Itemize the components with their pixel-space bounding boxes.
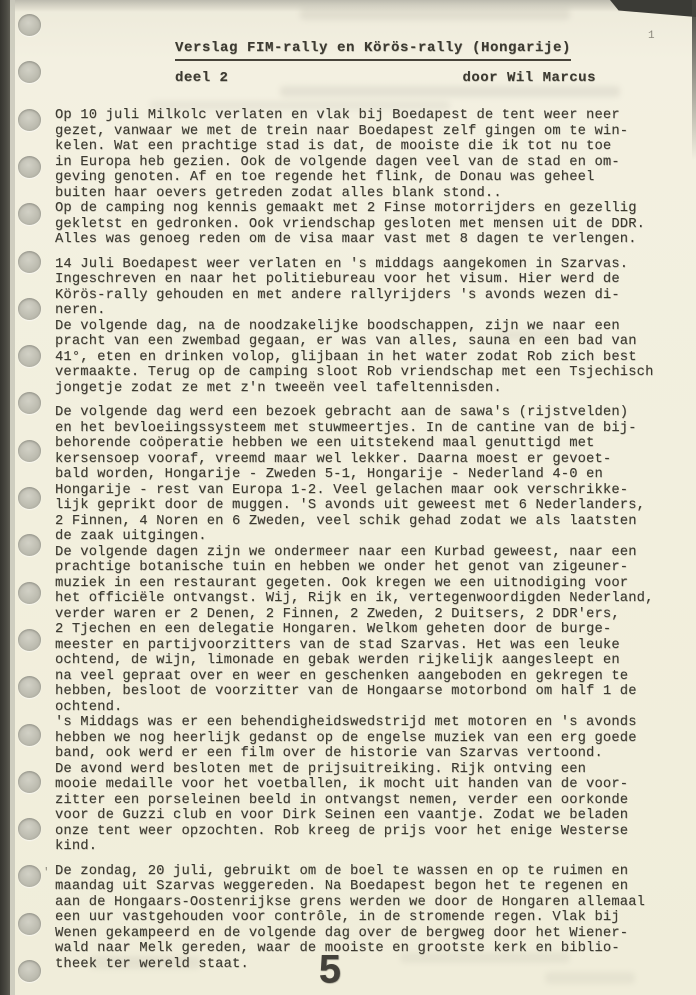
text-line: 41°, eten en drinken volop, glijbaan in … — [55, 350, 667, 366]
punch-hole — [18, 392, 41, 414]
text-line: ochtend. — [55, 700, 667, 716]
text-line: Hongarije - rest van Europa 1-2. Veel ge… — [55, 483, 667, 499]
punch-hole — [18, 440, 41, 462]
document-title: Verslag FIM-rally en Körös-rally (Hongar… — [175, 40, 571, 61]
text-line: in Europa heb gezien. Ook de volgende da… — [55, 155, 667, 171]
paragraph: De volgende dag werd een bezoek gebracht… — [55, 405, 667, 855]
text-line: maandag uit Szarvas weggereden. Na Boeda… — [55, 879, 667, 895]
scan-right-edge — [692, 0, 696, 160]
text-line: Ingeschreven en naar het politiebureau v… — [55, 272, 667, 288]
scan-left-edge-highlight — [10, 0, 15, 995]
text-line: 2 Finnen, 4 Noren en 6 Zweden, veel schi… — [55, 514, 667, 530]
text-line: band, ook werd er een film over de histo… — [55, 746, 667, 762]
text-line: Wenen gekampeerd en de volgende dag over… — [55, 926, 667, 942]
text-line: pracht van een zwembad gegaan, er was va… — [55, 334, 667, 350]
text-line: aan de Hongaars-Oostenrijkse grens werde… — [55, 895, 667, 911]
text-line: kelen. Wat een prachtige stad is dat, de… — [55, 139, 667, 155]
text-line: neren. — [55, 303, 667, 319]
scan-top-edge — [0, 0, 696, 12]
text-line: voor de Guzzi club en voor Dirk Seinen e… — [55, 808, 667, 824]
punch-hole — [18, 534, 41, 556]
punch-hole — [18, 913, 41, 935]
text-line: zitter een porseleinen beeld in ontvangs… — [55, 793, 667, 809]
punch-hole — [18, 345, 41, 367]
text-line: mooie medaille voor het voetballen, ik m… — [55, 777, 667, 793]
text-line: kind. — [55, 839, 667, 855]
text-line: hebben, besloot de voorzitter van de Hon… — [55, 684, 667, 700]
text-line: bald worden, Hongarije - Zweden 5-1, Hon… — [55, 467, 667, 483]
text-line: Körös-rally gehouden en met andere rally… — [55, 288, 667, 304]
text-line: vermaakte. Terug op de camping sloot Rob… — [55, 365, 667, 381]
text-line: lijk geprikt door de muggen. 'S avonds u… — [55, 498, 667, 514]
text-line: geving genoten. Af en toe regende het fl… — [55, 170, 667, 186]
paragraph: 14 Juli Boedapest weer verlaten en 's mi… — [55, 257, 667, 397]
scan-left-edge — [0, 0, 10, 995]
text-line: jongetje zodat ze met z'n tweeën veel ta… — [55, 381, 667, 397]
text-line: theek ter wereld staat. — [55, 957, 667, 973]
text-line: De volgende dag werd een bezoek gebracht… — [55, 405, 667, 421]
punch-hole — [18, 676, 41, 698]
punch-hole — [18, 61, 41, 83]
text-line: verder waren er 2 Denen, 2 Finnen, 2 Zwe… — [55, 607, 667, 623]
document-subtitle-row: deel 2 door Wil Marcus — [175, 70, 596, 86]
text-line: De avond werd besloten met de prijsuitre… — [55, 762, 667, 778]
text-line: behorende coöperatie hebben we een uitst… — [55, 436, 667, 452]
text-line: De volgende dag, na de noodzakelijke boo… — [55, 319, 667, 335]
text-line: De volgende dagen zijn we ondermeer naar… — [55, 545, 667, 561]
bleedthrough-smudge — [280, 86, 620, 97]
document-author: door Wil Marcus — [462, 70, 596, 86]
punch-hole — [18, 487, 41, 509]
text-line: een uur vastgehouden voor contrôle, in d… — [55, 910, 667, 926]
punch-hole — [18, 724, 41, 746]
text-line: kersensoep vooraf, vreemd maar wel lekke… — [55, 452, 667, 468]
punch-hole — [18, 818, 41, 840]
punch-hole — [18, 109, 41, 131]
text-line: buiten haar oevers getreden zodat alles … — [55, 186, 667, 202]
text-line: hebben we nog heerlijk gedanst op de eng… — [55, 731, 667, 747]
scanned-document-page: Verslag FIM-rally en Körös-rally (Hongar… — [0, 0, 696, 995]
text-line: gezet, vanwaar we met de trein naar Boed… — [55, 124, 667, 140]
punch-hole — [18, 14, 41, 36]
punch-hole — [18, 629, 41, 651]
text-line: prachtige botanische tuin en hebben we o… — [55, 560, 667, 576]
page-number: 5 — [318, 949, 342, 995]
text-line: muziek in een restaurant gegeten. Ook kr… — [55, 576, 667, 592]
stray-mark-top-right: 1 — [648, 30, 655, 42]
paragraph: De zondag, 20 juli, gebruikt om de boel … — [55, 864, 667, 973]
text-line: Op de camping nog kennis gemaakt met 2 F… — [55, 201, 667, 217]
document-body: Op 10 juli Milkolc verlaten en vlak bij … — [55, 108, 667, 981]
text-line: Op 10 juli Milkolc verlaten en vlak bij … — [55, 108, 667, 124]
text-line: 2 Tjechen en een delegatie Hongaren. Wel… — [55, 622, 667, 638]
scan-top-right-corner — [610, 0, 696, 17]
text-line: de zaak uitgingen. — [55, 529, 667, 545]
punch-hole — [18, 582, 41, 604]
text-line: wald naar Melk gereden, waar de mooiste … — [55, 941, 667, 957]
text-line: het officiële ontvangst. Wij, Rijk en ik… — [55, 591, 667, 607]
punch-hole — [18, 156, 41, 178]
text-line: en het bevloeiingssysteem met stuwmeertj… — [55, 421, 667, 437]
text-line: ochtend, de wijn, limonade en gebak werd… — [55, 653, 667, 669]
punch-hole — [18, 960, 41, 982]
text-line: na veel gepraat over en weer en geschenk… — [55, 669, 667, 685]
punch-hole — [18, 771, 41, 793]
punch-hole — [18, 251, 41, 273]
text-line: gekletst en gedronken. Ook vriendschap g… — [55, 217, 667, 233]
stray-mark-left-margin: ' — [43, 867, 50, 879]
paragraph: Op 10 juli Milkolc verlaten en vlak bij … — [55, 108, 667, 248]
text-line: De zondag, 20 juli, gebruikt om de boel … — [55, 864, 667, 880]
text-line: Alles was genoeg reden om de visa maar v… — [55, 232, 667, 248]
text-line: meester en partijvoorzitters van de stad… — [55, 638, 667, 654]
text-line: 14 Juli Boedapest weer verlaten en 's mi… — [55, 257, 667, 273]
text-line: 's Middags was er een behendigheidswedst… — [55, 715, 667, 731]
punch-hole — [18, 865, 41, 887]
punch-hole — [18, 298, 41, 320]
text-line: onze tent weer opzochten. Rob kreeg de p… — [55, 824, 667, 840]
punch-hole — [18, 203, 41, 225]
document-part-label: deel 2 — [175, 70, 228, 86]
